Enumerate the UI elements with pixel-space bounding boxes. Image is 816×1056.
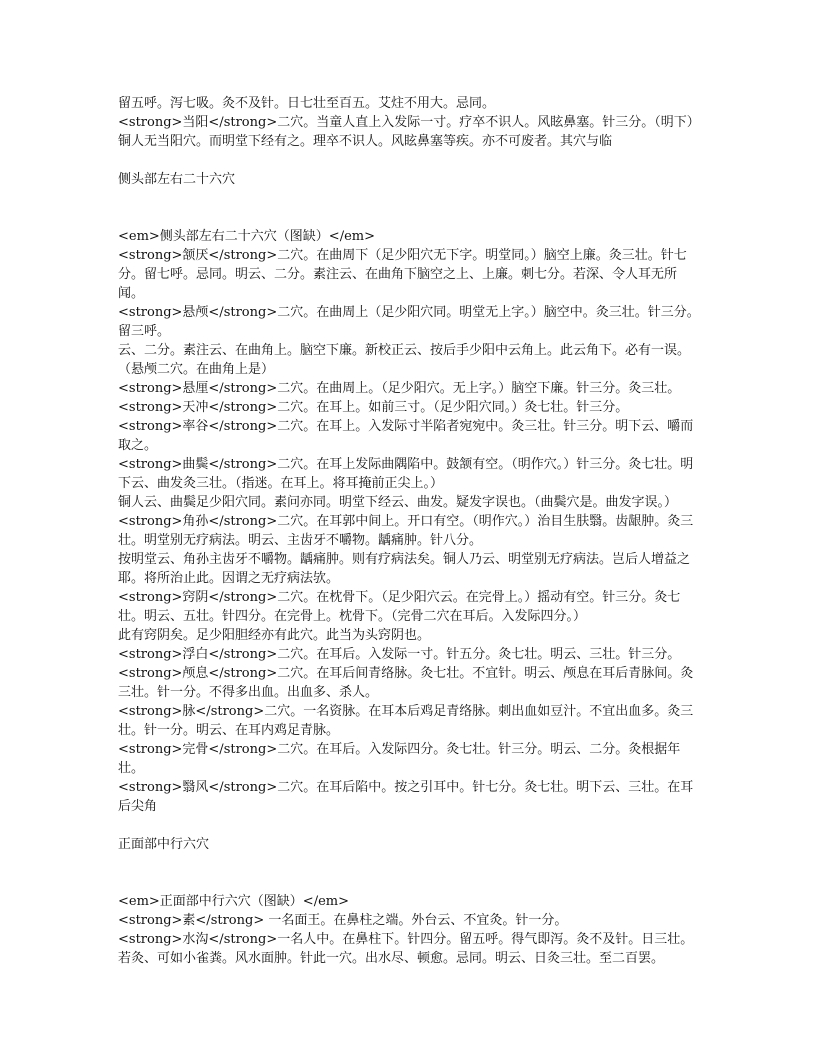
paragraph: <strong>浮白</strong>二穴。在耳后。入发际一寸。针五分。灸七壮。…	[118, 645, 702, 664]
paragraph: 铜人云、曲鬓足少阳穴同。素问亦同。明堂下经云、曲发。疑发字误也。（曲鬓穴是。曲发…	[118, 493, 702, 512]
document-page: 留五呼。泻七吸。灸不及针。日七壮至百五。艾炷不用大。忌同。 <strong>当阳…	[118, 94, 702, 968]
paragraph: <strong>悬厘</strong>二穴。在曲周上。（足少阳穴。无上字。）脑空…	[118, 379, 702, 398]
section-dangyang: 留五呼。泻七吸。灸不及针。日七壮至百五。艾炷不用大。忌同。 <strong>当阳…	[118, 94, 702, 151]
paragraph: <strong>颔厌</strong>二穴。在曲周下（足少阳穴无下字。明堂同。）…	[118, 246, 702, 303]
paragraph: <strong>曲鬓</strong>二穴。在耳上发际曲隅陷中。鼓颔有空。（明作…	[118, 455, 702, 493]
paragraph: 按明堂云、角孙主齿牙不嚼物。龋痛肿。则有疗病法矣。铜人乃云、明堂别无疗病法。岂后…	[118, 550, 702, 588]
section-side-head: <em>侧头部左右二十六穴（图缺）</em> <strong>颔厌</stron…	[118, 227, 702, 816]
paragraph: <strong>脉</strong>二穴。一名资脉。在耳本后鸡足青络脉。刺出血如…	[118, 702, 702, 740]
section-heading: 侧头部左右二十六穴	[118, 170, 702, 189]
paragraph: <strong>悬颅</strong>二穴。在曲周上（足少阳穴同。明堂无上字。）…	[118, 303, 702, 341]
section-heading: 正面部中行六穴	[118, 835, 702, 854]
paragraph: <strong>窍阴</strong>二穴。在枕骨下。（足少阳穴云。在完骨上。）…	[118, 588, 702, 626]
paragraph: <strong>完骨</strong>二穴。在耳后。入发际四分。灸七壮。针三分。…	[118, 740, 702, 778]
paragraph: 此有窍阴矣。足少阳胆经亦有此穴。此当为头窍阴也。	[118, 626, 702, 645]
paragraph: 留五呼。泻七吸。灸不及针。日七壮至百五。艾炷不用大。忌同。	[118, 94, 702, 113]
em-caption: <em>侧头部左右二十六穴（图缺）</em>	[118, 227, 702, 246]
paragraph: <strong>天冲</strong>二穴。在耳上。如前三寸。（足少阳穴同。）灸…	[118, 398, 702, 417]
paragraph: <strong>颅息</strong>二穴。在耳后间青络脉。灸七壮。不宜针。明云…	[118, 664, 702, 702]
paragraph: <strong>角孙</strong>二穴。在耳郭中间上。开口有空。（明作穴。）…	[118, 512, 702, 550]
paragraph: <strong>水沟</strong>一名人中。在鼻柱下。针四分。留五呼。得气即…	[118, 930, 702, 968]
section-front-face: <em>正面部中行六穴（图缺）</em> <strong>素</strong> …	[118, 892, 702, 968]
paragraph: <strong>素</strong> 一名面王。在鼻柱之端。外台云、不宜灸。针一…	[118, 911, 702, 930]
em-caption: <em>正面部中行六穴（图缺）</em>	[118, 892, 702, 911]
paragraph: <strong>率谷</strong>二穴。在耳上。入发际寸半陷者宛宛中。灸三壮…	[118, 417, 702, 455]
paragraph: <strong>当阳</strong>二穴。当童人直上入发际一寸。疗卒不识人。风…	[118, 113, 702, 132]
paragraph: <strong>翳风</strong>二穴。在耳后陷中。按之引耳中。针七分。灸七…	[118, 778, 702, 816]
paragraph: 铜人无当阳穴。而明堂下经有之。理卒不识人。风眩鼻塞等疾。亦不可废者。其穴与临	[118, 132, 702, 151]
paragraph: 云、二分。素注云、在曲角上。脑空下廉。新校正云、按后手少阳中云角上。此云角下。必…	[118, 341, 702, 379]
